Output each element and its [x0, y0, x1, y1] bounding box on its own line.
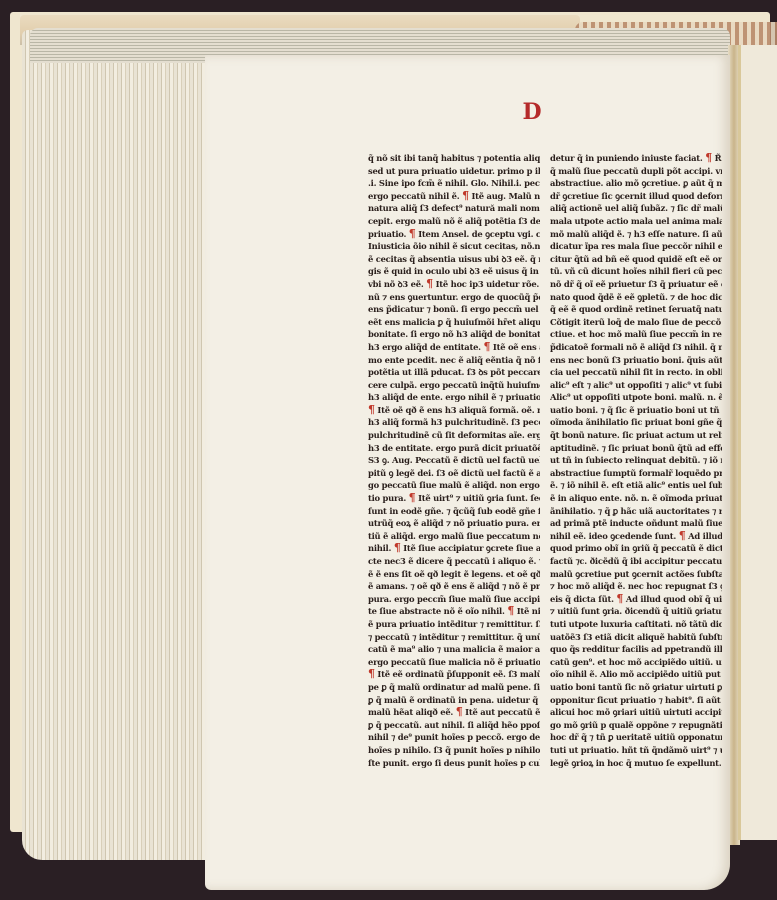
- rubric-paragraph-mark: ¶: [507, 605, 514, 617]
- text-line: opponitur ſicut priuatio ⁊ habit⁹. ſi aũ…: [550, 694, 722, 707]
- text-line: q̃ nõ sit ibi tanq̃ habitus ⁊ potentia a…: [368, 152, 540, 165]
- text-line: nihil ⁊ de⁹ punit hoĩes p peccõ. ergo de…: [368, 731, 540, 744]
- rubric-paragraph-mark: ¶: [484, 341, 491, 353]
- text-column-left: q̃ nõ sit ibi tanq̃ habitus ⁊ potentia a…: [368, 152, 540, 769]
- text-line: cere culpã. ergo peccatũ inq̃tũ huiuſmod…: [368, 379, 540, 392]
- text-line: nihil eẽ. ideo ꝯcedende ſunt. ¶ Ad illud…: [550, 530, 722, 543]
- text-line: natura aliq̃ ſ3 defect⁹ natură mali nomẽ…: [368, 202, 540, 215]
- text-line: h3 aliq̃d de ente. ergo nihil ẽ ⁊ priuat…: [368, 391, 540, 404]
- text-line: ſunt in eodẽ gñe. ⁊ q̃cũq̃ ſub eodẽ gñe …: [368, 505, 540, 518]
- text-line: catũ ẽ ma⁹ alio ⁊ una malicia ẽ maior al…: [368, 643, 540, 656]
- text-line: potẽtia ut illã pducat. ſ3 ꝺs põt peccar…: [368, 366, 540, 379]
- text-line: tuti utpote luxuria caſtitati. nõ tãtũ d…: [550, 618, 722, 631]
- text-line: quo q̃s redditur facilis ad ppetrandũ il…: [550, 643, 722, 656]
- text-line: utrũq̃ eoꝝ ẽ aliq̃d ⁊ nõ priuatio pura. …: [368, 517, 540, 530]
- text-line: tio pura. ¶ Itẽ uirt⁹ ⁊ uitiũ ꝯria ſunt.…: [368, 492, 540, 505]
- text-line: q̃ malũ ſiue peccatũ dupli põt accipi. v…: [550, 165, 722, 178]
- text-line: ergo peccatũ ſiue malicia nõ ẽ priuatio …: [368, 656, 540, 669]
- text-line: ꝑ q̃ peccatũ. aut nihil. ſi aliq̃d hẽo p…: [368, 719, 540, 732]
- text-line: pitũ ꝯ legẽ dei. ſ3 oẽ dictũ uel factũ ẽ…: [368, 467, 540, 480]
- text-line: q̃ eẽ ẽ quod ordinẽ retinet ſeruatq̃ nat…: [550, 303, 722, 316]
- text-line: ⁊ peccatũ ⁊ intẽditur ⁊ remittitur. q̃ u…: [368, 631, 540, 644]
- text-line: ⁊ hoc mõ aliq̃d ẽ. nec hoc repugnat ſ3 ꝯ…: [550, 580, 722, 593]
- text-line: uatio boni. ⁊ q̃ ſic ẽ priuatio boni ut …: [550, 404, 722, 417]
- text-line: h3 de entitate. ergo purã dicit priuatõẽ…: [368, 442, 540, 455]
- text-line: nihil. ¶ Itẽ ſiue accipiatur ꝯcrete ſiue…: [368, 542, 540, 555]
- text-line: ens p̃dicatur ⁊ bonũ. ſi ergo peccm̃ uel…: [368, 303, 540, 316]
- text-line: sed ut pura priuatio uidetur. primo p il…: [368, 165, 540, 178]
- text-line: ad primã ptẽ inducte oñdunt malũ ſiue pe…: [550, 517, 722, 530]
- page-stack-fore-edge: [22, 30, 212, 860]
- text-line: mõ malũ aliq̃d ẽ. ⁊ h3 eſſe nature. ſi a…: [550, 228, 722, 241]
- text-line: tuti ut priuatio. hñt tñ q̃ndãmõ uirt⁹ ⁊…: [550, 744, 722, 757]
- text-line: ¶ Itẽ eẽ ordinatũ p̃ſupponit eẽ. ſ3 malũ…: [368, 668, 540, 681]
- text-line: cte nec3 ẽ dicere q̃ peccatũ i aliquo ẽ.…: [368, 555, 540, 568]
- text-line: uatio boni tantũ ſic nõ ꝯriatur uirtuti …: [550, 681, 722, 694]
- text-line: oĩmoda ãnihilatio ſic priuat boni gñe q̃…: [550, 416, 722, 429]
- rubric-paragraph-mark: ¶: [462, 190, 469, 202]
- text-line: alicui hoc mõ ꝯriari uitiũ uirtuti accip…: [550, 706, 722, 719]
- text-line: go peccatũ ſiue malũ ẽ aliq̃d. non ergo …: [368, 479, 540, 492]
- text-line: ¶ Itẽ oẽ qð ẽ ens h3 aliquã formã. oẽ. n…: [368, 404, 540, 417]
- text-line: ẽ cecitas q̃ absentia uisus ubi ꝺ3 eẽ. q…: [368, 253, 540, 266]
- text-line: dicatur ĩpa res mala ſiue peccõr nihil e…: [550, 240, 722, 253]
- text-line: citur q̃tũ ad bñ eẽ quod quidẽ eſt eẽ or…: [550, 253, 722, 266]
- text-line: h3 ergo aliq̃d de entitate. ¶ Itẽ oẽ ens…: [368, 341, 540, 354]
- text-line: eis q̃ dicta ſũt. ¶ Ad illud quod obĩ q̃…: [550, 593, 722, 606]
- text-line: ergo peccatũ nihil ẽ. ¶ Itẽ aug. Malũ nõ…: [368, 190, 540, 203]
- folio-mark: D: [520, 100, 544, 124]
- text-line: Iniusticia õio nihil ẽ sicut cecitas, nõ…: [368, 240, 540, 253]
- text-line: dr̃ ꝯcretiue ſic ꝯcernit illud quod defo…: [550, 190, 722, 203]
- text-line: malũ ꝯcretiue put ꝯcernit actões ſubſtan…: [550, 568, 722, 581]
- rubric-paragraph-mark: ¶: [368, 404, 375, 416]
- text-line: malũ hẽat aliqð eẽ. ¶ Itẽ aut peccatũ ẽ …: [368, 706, 540, 719]
- text-line: ꝑ q̃ malũ ẽ ordinatũ in pena. uidetur q̃…: [368, 694, 540, 707]
- rubric-paragraph-mark: ¶: [426, 278, 433, 290]
- text-line: te ſiue abstracte nõ ẽ oĩo nihil. ¶ Itẽ …: [368, 605, 540, 618]
- text-line: factũ ⁊c. ðicẽdũ q̃ ibi accipitur peccat…: [550, 555, 722, 568]
- text-line: detur q̃ in puniendo iniuste faciat. ¶ R…: [550, 152, 722, 165]
- text-line: uatõẽ3 ſ3 etiã dicit aliquẽ habitũ ſubſt…: [550, 631, 722, 644]
- text-line: ẽ pura priuatio intẽditur ⁊ remittitur. …: [368, 618, 540, 631]
- rubric-paragraph-mark: ¶: [616, 593, 623, 605]
- text-line: legẽ ꝯrioꝝ in hoc q̃ mutuo ſe expellunt.…: [550, 757, 722, 770]
- text-line: aliq̃ actionẽ uel aliq̃ ſubãz. ⁊ ſic dr̃…: [550, 202, 722, 215]
- text-line: ẽ amans. ⁊ oẽ qð ẽ ens ẽ aliq̃d ⁊ nõ ẽ p…: [368, 580, 540, 593]
- text-line: ẽ in aliquo ente. nõ. n. ẽ oĩmoda priuat…: [550, 492, 722, 505]
- text-line: ſte punit. ergo ſi deus punit hoĩes p cu…: [368, 757, 540, 770]
- text-line: vbi nõ ꝺ3 eẽ. ¶ Itẽ hoc ip3 uidetur rõe.…: [368, 278, 540, 291]
- rubric-paragraph-mark: ¶: [409, 228, 416, 240]
- text-line: ẽ. ⁊ iõ nihil ẽ. eſt etiã alic⁹ entis ue…: [550, 479, 722, 492]
- text-line: hoĩes p nihilo. ſ3 q̃ punit hoĩes p nihi…: [368, 744, 540, 757]
- rubric-paragraph-mark: ¶: [368, 668, 375, 680]
- text-column-right: detur q̃ in puniendo iniuste faciat. ¶ R…: [550, 152, 722, 769]
- text-line: mala utpote actio mala uel anima mala. ⁊…: [550, 215, 722, 228]
- text-line: nato quod q̃dẽ ẽ eẽ ꝯpletũ. ⁊ de hoc dic…: [550, 291, 722, 304]
- text-line: ãnihilatio. ⁊ q̃ ꝑ hãc uiã auctoritates …: [550, 505, 722, 518]
- text-line: pura. ergo peccm̃ ſiue malũ ſiue accipia…: [368, 593, 540, 606]
- text-line: pe ꝑ q̃ malũ ordinatur ad malũ pene. ſi …: [368, 681, 540, 694]
- rubric-paragraph-mark: ¶: [679, 530, 686, 542]
- text-line: Alic⁹ ut oppoſiti utpote boni. malũ. n. …: [550, 391, 722, 404]
- text-line: cia uel peccatũ nihil ſit in recto. in o…: [550, 366, 722, 379]
- text-line: catũ gen⁹. et hoc mõ accipiẽdo uitiũ. ui…: [550, 656, 722, 669]
- text-line: tũ. vñ cũ dicunt hoĩes nihil fieri cũ pe…: [550, 265, 722, 278]
- text-line: ut tñ in ſubiecto relinquat debitũ. ⁊ iõ…: [550, 454, 722, 467]
- text-line: go mõ ꝯriũ p qualẽ oppõne ⁊ repugnãtia. …: [550, 719, 722, 732]
- text-line: bonitate. ſi ergo nõ h3 aliq̃d de bonita…: [368, 328, 540, 341]
- text-line: eẽt ens malicia ꝑ q̃ huiuſmõi hr̃et aliq…: [368, 316, 540, 329]
- text-line: p̃dicatoẽ formali nõ ẽ aliq̃d ſ3 nihil. …: [550, 341, 722, 354]
- text-line: S3 ꝯ. Aug. Peccatũ ẽ dictũ uel factũ uel…: [368, 454, 540, 467]
- text-line: q̃t bonũ nature. ſic priuat actum ut rel…: [550, 429, 722, 442]
- rubric-paragraph-mark: ¶: [456, 706, 463, 718]
- text-line: ⁊ uitiũ ſunt ꝯria. ðicendũ q̃ uitiũ ꝯria…: [550, 605, 722, 618]
- rubric-paragraph-mark: ¶: [394, 542, 401, 554]
- text-line: tiũ ẽ aliq̃d. ergo malũ ſiue peccatum nõ…: [368, 530, 540, 543]
- text-line: hoc dr̃ q̃ ⁊ tñ ꝑ ueritatẽ uitiũ opponat…: [550, 731, 722, 744]
- text-line: .i. Sine ipo fcm̃ ẽ nihil. Glo. Nihil.i.…: [368, 177, 540, 190]
- text-line: gis ẽ quid in oculo ubi ꝺ3 eẽ uisus q̃ i…: [368, 265, 540, 278]
- text-line: abstractiue. alio mõ ꝯcretiue. ꝑ aũt q̃ …: [550, 177, 722, 190]
- text-line: aptitudinẽ. ⁊ ſic priuat bonũ q̃tũ ad ef…: [550, 442, 722, 455]
- text-line: ctiue. et hoc mõ malũ ſiue peccm̃ in rec…: [550, 328, 722, 341]
- text-line: cepit. ergo malũ nõ ẽ aliq̃ potẽtia ſ3 d…: [368, 215, 540, 228]
- text-line: nũ ⁊ ens ꝯuertuntur. ergo de quocũq̃ p̃d…: [368, 291, 540, 304]
- text-line: oĩo nihil ẽ. Alio mõ accipiẽdo uitiũ put…: [550, 668, 722, 681]
- text-line: h3 aliq̃ formã h3 pulchritudinẽ. ſ3 pecc…: [368, 416, 540, 429]
- text-line: ẽ ẽ ens ſit oẽ qð legit ẽ legens. et oẽ …: [368, 568, 540, 581]
- facing-page: [738, 45, 777, 840]
- text-line: Cõtigit iterũ loq̃ de malo ſiue de peccõ…: [550, 316, 722, 329]
- text-line: mo ente pcedit. nec ẽ aliq̃ eẽntia q̃ nõ…: [368, 354, 540, 367]
- text-line: priuatio. ¶ Item Ansel. de ꝯceptu vgi. c…: [368, 228, 540, 241]
- text-line: alic⁹ eſt ⁊ alic⁹ ut oppoſiti ⁊ alic⁹ vt…: [550, 379, 722, 392]
- text-line: pulchritudinẽ cũ ſit deformitas aĩe. erg…: [368, 429, 540, 442]
- text-line: quod primo obĩ in ꝯriũ q̃ peccatũ ẽ dict…: [550, 542, 722, 555]
- text-line: abstractiue ſumptũ formalr̃ loquẽdo priu…: [550, 467, 722, 480]
- rubric-paragraph-mark: ¶: [705, 152, 712, 164]
- text-line: nõ dr̃ q̃ oĩ eẽ priuetur ſ3 q̃ priuatur …: [550, 278, 722, 291]
- text-line: ens nec bonũ ſ3 priuatio boni. q̃uis aũt…: [550, 354, 722, 367]
- rubric-paragraph-mark: ¶: [409, 492, 416, 504]
